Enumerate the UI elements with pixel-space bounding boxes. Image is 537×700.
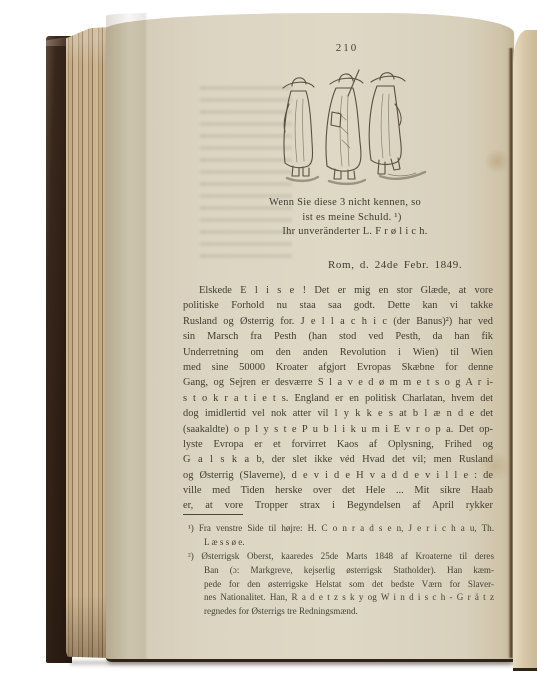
body-line: sin Marsch fra Pesth (han stod ved Pesth… bbox=[183, 329, 493, 344]
right-page-sliver bbox=[513, 30, 537, 671]
body-line: Gang, og Sejren er desværre S l a v e d … bbox=[183, 375, 493, 390]
caption-line: ist es meine Schuld. ¹) bbox=[213, 211, 477, 226]
footnote-line: pede for den østerrigske Helstat som det… bbox=[188, 578, 494, 592]
footnote-line: regnedes for Østerrigs tre Redningsmænd. bbox=[188, 605, 494, 619]
body-line: lyste Evropa er et forvirret Kaos af Opl… bbox=[183, 437, 493, 452]
left-page: 210 bbox=[106, 13, 514, 662]
footnote-line: Ban (ɔ: Markgreve, kejserlig østerrigsk … bbox=[188, 564, 494, 578]
footnote-line: nes Nationalitet. Han, R a d e t z s k y… bbox=[188, 591, 494, 605]
footnote-separator-rule bbox=[183, 514, 243, 515]
body-line: G a l s k a b, der slet ikke véd Hvad de… bbox=[183, 452, 493, 467]
page-stack-fore-edge bbox=[66, 27, 109, 658]
body-line: (saakaldte) o p l y s t e P u b l i k u … bbox=[183, 422, 493, 437]
body-line: politiske Forhold nu staa saa godt. Dett… bbox=[183, 298, 493, 313]
body-line: er, at vore Tropper strax i Begyndelsen … bbox=[183, 498, 493, 513]
footnote-line: L æ s s ø e. bbox=[188, 536, 494, 550]
footnote-line: ¹) Fra venstre Side til højre: H. C o n … bbox=[188, 522, 494, 536]
footnote-line: ²) Østerrigsk Oberst, kaaredes 25de Mart… bbox=[188, 550, 494, 564]
caption-line: Wenn Sie diese 3 nicht kennen, so bbox=[213, 196, 477, 211]
body-line: ville med Tiden herske over det Hele ...… bbox=[183, 483, 493, 498]
paper-stain bbox=[484, 148, 510, 174]
book-photo-scene: 210 bbox=[0, 0, 537, 700]
body-line: Underretning om den anden Revolution i W… bbox=[183, 345, 493, 360]
body-line: og Østerrig (Slaverne), d e v i d e H v … bbox=[183, 468, 493, 483]
footnotes: ¹) Fra venstre Side til højre: H. C o n … bbox=[188, 522, 494, 619]
illustration-caption: Wenn Sie diese 3 nicht kennen, so ist es… bbox=[213, 196, 477, 240]
body-line: Rusland og Østerrig for. J e l l a c h i… bbox=[183, 314, 493, 329]
body-line: s t o k r a t i e t s. England er en pol… bbox=[183, 391, 493, 406]
body-line: dog imidlertid vel nok atter vil l y k k… bbox=[183, 406, 493, 421]
three-men-sketch-illustration bbox=[268, 66, 428, 188]
body-line: med sine 50000 Kroater afgjort Evropas S… bbox=[183, 360, 493, 375]
body-line: Elskede E l i s e ! Det er mig en stor G… bbox=[183, 283, 493, 298]
letter-body: Elskede E l i s e ! Det er mig en stor G… bbox=[183, 283, 493, 514]
caption-signature: Ihr unveränderter L. F r ø l i c h. bbox=[213, 225, 477, 240]
page-number: 210 bbox=[317, 42, 377, 54]
page-curl-band bbox=[106, 13, 148, 659]
letter-dateline: Rom, d. 24de Febr. 1849. bbox=[328, 259, 462, 271]
